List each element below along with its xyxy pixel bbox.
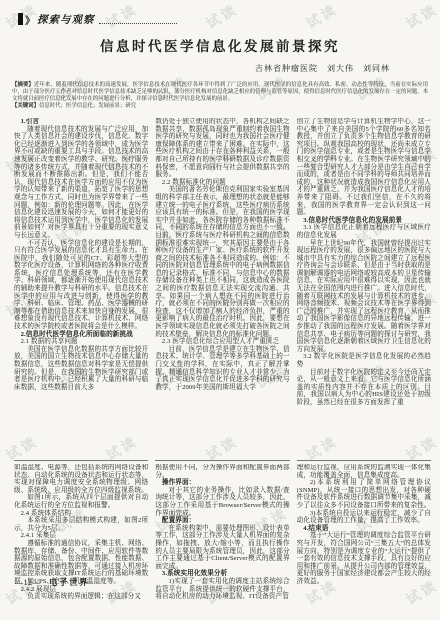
guillemet-icon: 》 — [25, 12, 35, 27]
body-columns: 1.引言随着现代信息技术的发展与广泛应用，加快了人类信息社会的建设步伐，信息化、… — [0, 118, 440, 606]
column-2-previous-article: 根据使用不同，分为操作界面和配置界面两部分。操作界面：对于其它的业务操作，比如录… — [155, 464, 289, 602]
page-number: —12— — [15, 578, 41, 587]
section-label: 探索与观察 — [37, 12, 95, 27]
column-2: 数仍处于独立使用的状态中，各机构之间缺乏数据共享，数据孤岛现象严重制约着我国生物… — [155, 118, 289, 606]
section-heading: 2.3 医学信息化综合应用型人才严重匮乏 — [155, 338, 289, 346]
column-2-main-article: 数仍处于独立使用的状态中，各机构之间缺乏数据共享，数据孤岛现象严重制约着我国生物… — [155, 118, 289, 458]
column-3-main-article: 创立了生物信息学与计算机生物学中心，这一中心集中了来自美国的5个学院的60多名知… — [297, 118, 431, 458]
article-title: 信息时代医学信息化发展前景探究 — [0, 35, 440, 55]
column-1: 1.引言随着现代信息技术的发展与广泛应用，加快了人类信息社会的建设步伐，信息化、… — [14, 118, 148, 606]
body-paragraph: 理和运行监视，应用系统的监测实现一体化集成，功能覆盖全面，信息集成度高。 — [297, 464, 431, 479]
keywords: 【关键词】信息时代；医学信息化；发展前景；研究 — [12, 103, 428, 110]
body-paragraph: 如温湿度、电源等，还包括系统的网络设备和状态、自动化系统的设备状态和运行状态等，… — [14, 464, 148, 494]
body-paragraph: 基于“大运行”管理的调度综合监管平台研究与开发，符合国网公司“三集五大”的总体发… — [297, 532, 431, 585]
section-heading: 1.引言 — [14, 118, 148, 126]
body-paragraph: 早在上世纪90年代，我国就曾经提出过实现远程医疗的发展，很多偏远地区的医院与大城… — [297, 240, 431, 354]
body-paragraph: 2)本系统利用了简单网络管理协议(SNMP)，从统一接口的思想出发，对各种硬件设… — [297, 479, 431, 509]
journal-name: 电子世界 — [49, 576, 89, 589]
body-paragraph: 如图1所示，系统从四个层面提供对自动化系统运行的全方位监视和报警。 — [14, 494, 148, 509]
body-paragraph: 创立了生物信息学与计算机生物学中心，这一中心集中了来自美国的5个学院的60多名知… — [297, 118, 431, 217]
body-paragraph: 根据使用不同，分为操作界面和配置界面两部分。 — [155, 464, 289, 479]
page-footer: —12— 电子世界 — [15, 576, 89, 589]
column-3-previous-article: 理和运行监视，应用系统的监测实现一体化集成，功能覆盖全面，信息集成度高。2)本系… — [297, 464, 431, 602]
body-paragraph: 目前，医学信息学是建立在生物医学、信息技术、统计学、管理学等多学科基础上的一门交… — [155, 346, 289, 392]
column-1-main-article: 1.引言随着现代信息技术的发展与广泛应用，加快了人类信息社会的建设步伐，信息化、… — [14, 118, 148, 458]
body-paragraph: 目前对于数字化医院的定义至今还尚无定论，从一般意义上来看，它与医学信息化所涵盖的… — [297, 369, 431, 407]
body-paragraph: 不可否认，医学信息化的建设是长期的，只有符合医学发展的信息化才具有生命力。在医院… — [14, 240, 148, 331]
keywords-text: 信息时代；医学信息化；发展前景；研究 — [39, 103, 136, 109]
header-bar-icon — [18, 13, 23, 25]
section-heading: 2.1 数据的共享问题 — [14, 338, 148, 346]
body-paragraph: 3)本系统自投运以来运行稳定，减少了自动化设备管理的工作量，提高了工作效率。 — [297, 510, 431, 525]
dotted-leader — [99, 15, 177, 24]
body-paragraph: 数仍处于独立使用的状态中，各机构之间缺乏数据共享，数据孤岛现象严重制约着我国生物… — [155, 118, 289, 179]
section-header: 》 探索与观察 — [18, 12, 440, 26]
body-paragraph: 美国在医学信息化数据的共享方面比较开放，美国的国立生物技术信息中心存储大量的数据… — [14, 346, 148, 392]
abstract-text: 近年来，随着现代信息技术的高速发展，医学信息技术在现代医疗各环节中得到了广泛的应… — [12, 82, 428, 102]
section-heading: 3.1 医学信息化正朝着远程医疗与区域医疗的信息化发展 — [297, 224, 431, 239]
body-paragraph: 美国的著名劳伦斯伯克利国家实验室基因组的科学部主任表示，最理想的状态就是能够建立… — [155, 186, 289, 338]
body-paragraph: 随着现代信息技术的发展与广泛应用，加快了人类信息社会的建设步伐，信息化、数字化已… — [14, 126, 148, 240]
abstract: 【摘要】近年来，随着现代信息技术的高速发展，医学信息技术在现代医疗各环节中得到了… — [12, 82, 428, 103]
section-heading: 3.系统实用化效果分析 — [155, 570, 289, 578]
section-heading: 2.4.1 采集层 — [14, 532, 148, 540]
page-content: 》 探索与观察 信息时代医学信息化发展前景探究 吉林省肿瘤医院 刘大伟 刘同林 … — [0, 12, 440, 606]
scanned-journal-page: 试读试读试读试读试读试读试读试读试读试读试读试读试读试读试读试读试读试读试读试读… — [0, 0, 440, 620]
keywords-label: 【关键词】 — [12, 103, 39, 109]
body-paragraph: 在系统构架中，需要处理图形、设计表单等工作，这部分工作涉及大量人机界面的复杂操作… — [155, 525, 289, 571]
section-heading: 3.2 数字化医院是医学信息化发展的必然趋势 — [297, 353, 431, 368]
article-byline: 吉林省肿瘤医院 刘大伟 刘同林 — [0, 63, 440, 74]
body-paragraph: 负责实现系统的界面逻辑；在这部分又 — [14, 593, 148, 601]
column-3: 创立了生物信息学与计算机生物学中心，这一中心集中了来自美国的5个学院的60多名知… — [297, 118, 431, 606]
abstract-label: 【摘要】 — [12, 82, 34, 88]
body-paragraph: 操作界面： — [155, 479, 289, 487]
article-divider — [14, 460, 148, 461]
body-paragraph: 对于其它的业务操作，比如录入数据/查询统计等，这部分工作涉及人员较多，因此，这部… — [155, 487, 289, 517]
article-divider — [297, 460, 431, 461]
body-paragraph: 配置界面： — [155, 517, 289, 525]
body-paragraph: 本系统采用多层结构模式构建，如图2所示，共分为5层。 — [14, 517, 148, 532]
article-divider — [155, 460, 289, 461]
body-paragraph: 1)实现了一套实用化的调度主站系统综合监管平台，系统提供统一的软硬件支撑平台，将… — [155, 578, 289, 601]
